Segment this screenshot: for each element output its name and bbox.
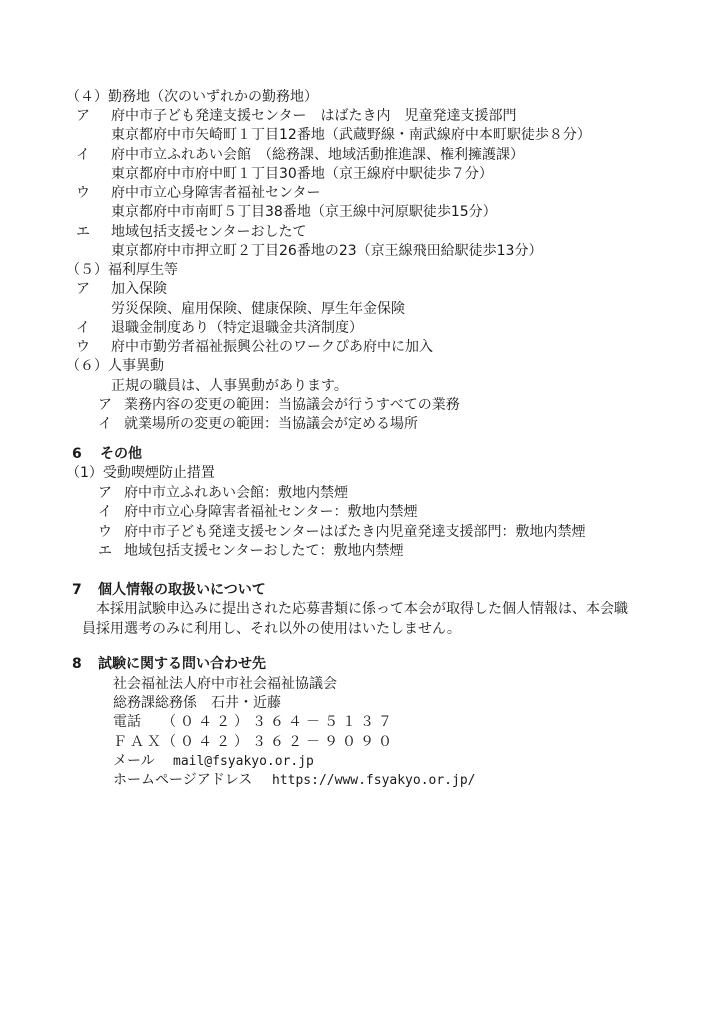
- smoking-item: 府中市立心身障害者福祉センター：敷地内禁煙: [124, 503, 417, 522]
- benefit-item: 府中市勤労者福祉振興公社のワークぴあ府中に加入: [111, 338, 433, 357]
- benefit-item: 退職金制度あり（特定退職金共済制度）: [111, 319, 363, 338]
- list-mark: エ: [98, 542, 112, 561]
- benefit-detail: 労災保険、雇用保険、健康保険、厚生年金保険: [111, 300, 405, 319]
- list-mark: ア: [98, 484, 112, 503]
- list-mark: ウ: [98, 523, 112, 542]
- heading-8-number: 8: [72, 655, 82, 674]
- smoking-title: （1）受動喫煙防止措置: [66, 464, 215, 483]
- heading-7-number: 7: [72, 581, 82, 600]
- list-mark: イ: [98, 415, 112, 434]
- fax-number: （０４２）３６２－９０９０: [162, 733, 396, 752]
- transfer-intro: 正規の職員は、人事異動があります。: [111, 377, 348, 396]
- smoking-item: 地域包括支援センターおしたて：敷地内禁煙: [124, 542, 403, 561]
- tel-label: 電話: [113, 713, 141, 732]
- contact-department: 総務課総務係 石井・近藤: [113, 694, 281, 713]
- list-mark: エ: [76, 223, 90, 242]
- list-mark: ア: [98, 396, 112, 415]
- location-address: 東京都府中市押立町２丁目26番地の23（京王線飛田給駅徒歩13分）: [111, 242, 542, 261]
- list-mark: ア: [76, 107, 90, 126]
- homepage-url: https://www.fsyakyo.or.jp/: [272, 771, 476, 790]
- smoking-item: 府中市立ふれあい会館：敷地内禁煙: [124, 484, 348, 503]
- list-mark: ウ: [76, 338, 90, 357]
- mail-address: mail@fsyakyo.or.jp: [173, 752, 314, 771]
- location-name: 府中市子ども発達支援センター はばたき内 児童発達支援部門: [111, 107, 516, 126]
- transfer-item: 業務内容の変更の範囲：当協議会が行うすべての業務: [124, 396, 460, 415]
- section-6-title: （６）人事異動: [66, 357, 164, 376]
- heading-6-title: その他: [100, 445, 142, 464]
- document-page: （４）勤務地（次のいずれかの勤務地） ア 府中市子ども発達支援センター はばたき…: [0, 0, 724, 1024]
- list-mark: ア: [76, 280, 90, 299]
- section-5-title: （５）福利厚生等: [66, 261, 178, 280]
- list-mark: イ: [98, 503, 112, 522]
- mail-label: メール: [113, 752, 155, 771]
- location-address: 東京都府中市矢崎町１丁目12番地（武蔵野線・南武線府中本町駅徒歩８分）: [111, 126, 591, 145]
- tel-number: （０４２）３６４－５１３７: [162, 713, 396, 732]
- list-mark: イ: [76, 146, 90, 165]
- transfer-item: 就業場所の変更の範囲：当協議会が定める場所: [124, 415, 418, 434]
- contact-organization: 社会福祉法人府中市社会福祉協議会: [113, 675, 337, 694]
- location-address: 東京都府中市府中町１丁目30番地（京王線府中駅徒歩７分）: [111, 165, 493, 184]
- privacy-text-line-1: 本採用試験申込みに提出された応募書類に係って本会が取得した個人情報は、本会職: [96, 600, 628, 619]
- section-4-title: （４）勤務地（次のいずれかの勤務地）: [66, 88, 318, 107]
- location-name: 地域包括支援センターおしたて: [111, 223, 306, 242]
- heading-7-title: 個人情報の取扱いについて: [98, 581, 266, 600]
- location-name: 府中市立心身障害者福祉センター: [111, 184, 320, 203]
- fax-label: ＦＡＸ: [113, 733, 164, 752]
- homepage-label: ホームページアドレス: [113, 771, 252, 790]
- benefit-item: 加入保険: [111, 280, 167, 299]
- heading-6-number: 6: [72, 445, 82, 464]
- location-name: 府中市立ふれあい会館 （総務課、地域活動推進課、権利擁護課）: [111, 146, 524, 165]
- location-address: 東京都府中市南町５丁目38番地（京王線中河原駅徒歩15分）: [111, 203, 497, 222]
- list-mark: イ: [76, 319, 90, 338]
- privacy-text-line-2: 員採用選考のみに利用し、それ以外の使用はいたしません。: [82, 620, 461, 639]
- smoking-item: 府中市子ども発達支援センターはばたき内児童発達支援部門：敷地内禁煙: [124, 523, 585, 542]
- list-mark: ウ: [76, 184, 90, 203]
- heading-8-title: 試験に関する問い合わせ先: [98, 655, 266, 674]
